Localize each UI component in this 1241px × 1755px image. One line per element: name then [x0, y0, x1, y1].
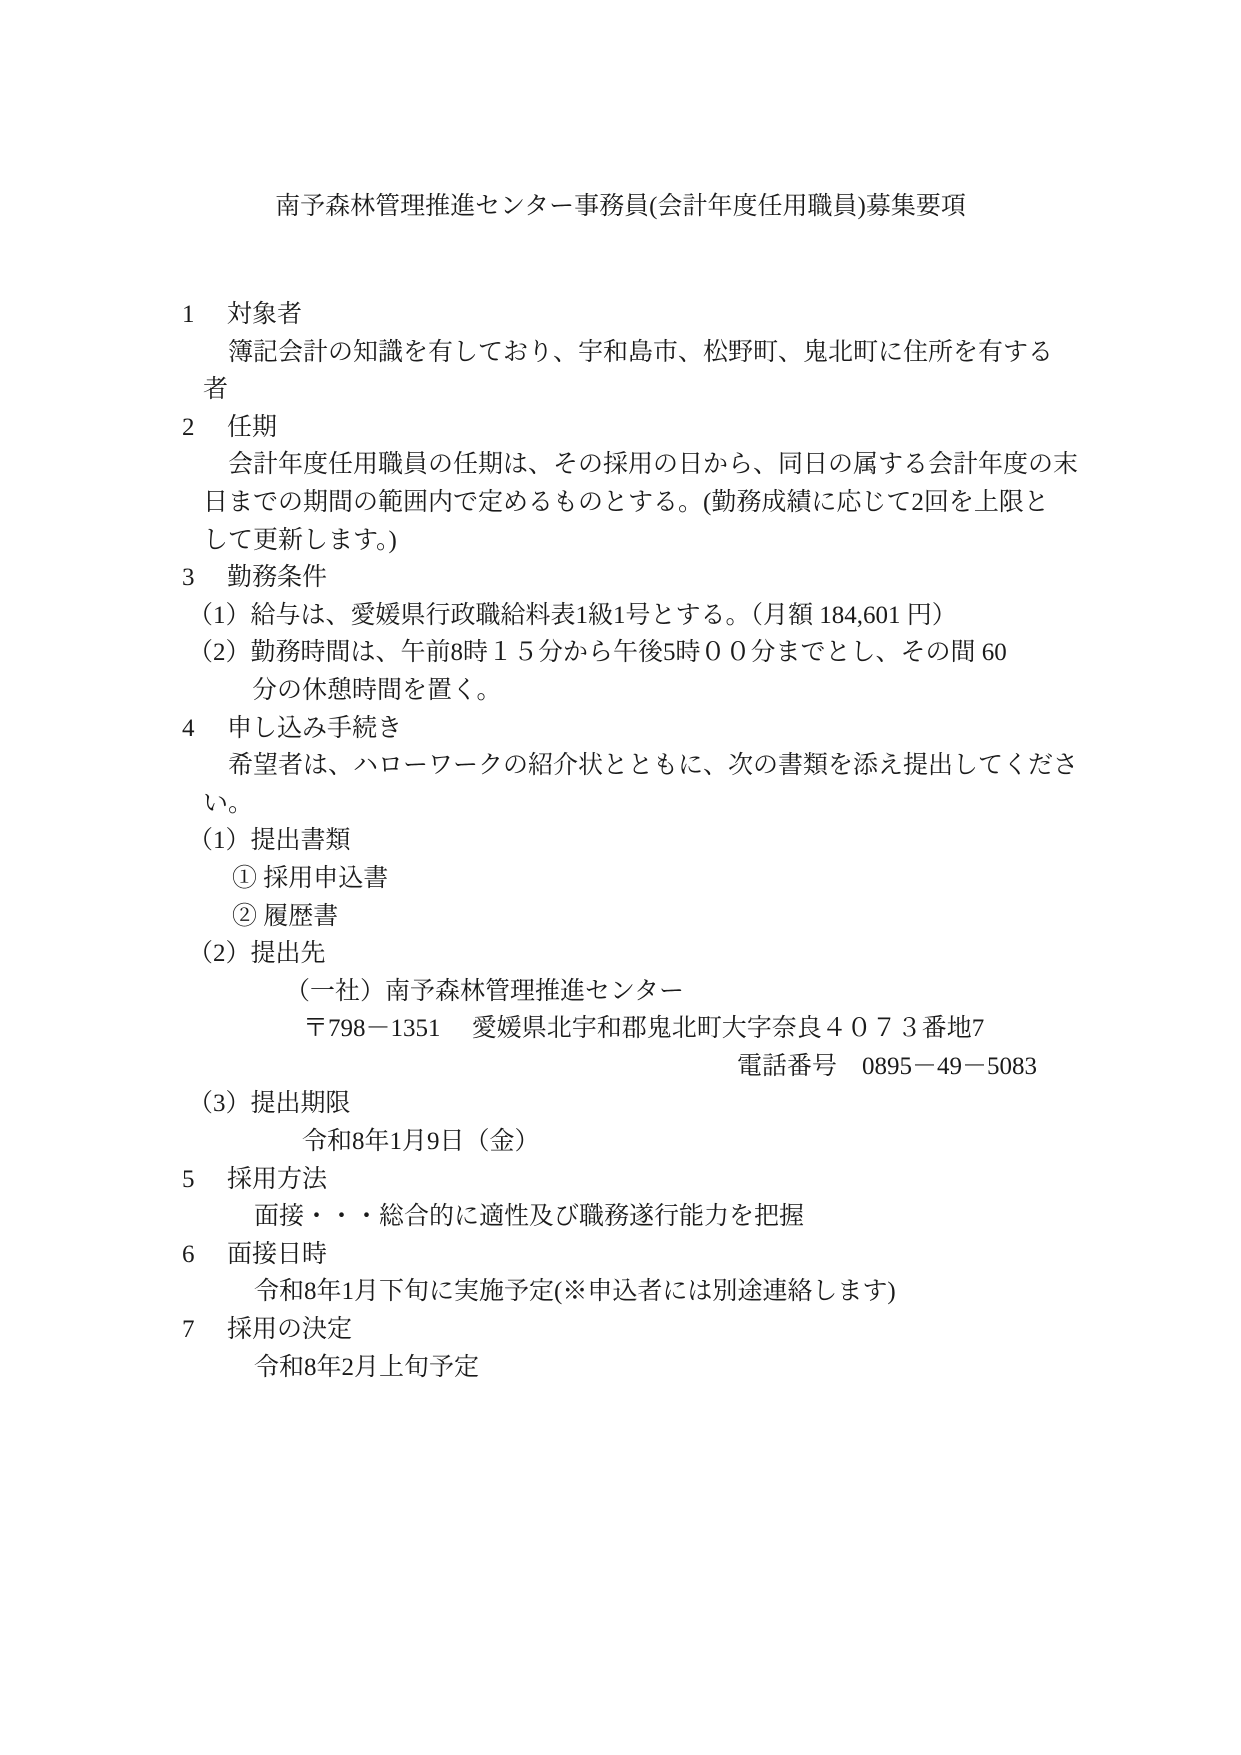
section-4-item-2-address: 〒798－1351 愛媛県北宇和郡鬼北町大字奈良４０７３番地7: [0, 1010, 1241, 1048]
section-2-heading-line: 2任期: [0, 409, 1241, 447]
section-2-body-line-2: 日までの期間の範囲内で定めるものとする。(勤務成績に応じて2回を上限と: [0, 484, 1241, 522]
section-1-body-line-1: 簿記会計の知識を有しており、宇和島市、松野町、鬼北町に住所を有する: [0, 334, 1241, 372]
section-5-heading: 採用方法: [227, 1166, 327, 1193]
document-body: 南予森林管理推進センター事務員(会計年度任用職員)募集要項 1対象者 簿記会計の…: [0, 0, 1241, 1386]
section-7-heading: 採用の決定: [227, 1316, 352, 1343]
section-4-item-2-organization: （一社）南予森林管理推進センター: [0, 973, 1241, 1011]
document-page: 南予森林管理推進センター事務員(会計年度任用職員)募集要項 1対象者 簿記会計の…: [0, 0, 1241, 1755]
section-6-heading-line: 6面接日時: [0, 1236, 1241, 1274]
section-1-heading: 対象者: [227, 301, 302, 328]
section-4-item-1-doc-2: ② 履歴書: [0, 898, 1241, 936]
section-4-body-line-1: 希望者は、ハローワークの紹介状とともに、次の書類を添え提出してくださ: [0, 747, 1241, 785]
section-3-item-2-line-2: 分の休憩時間を置く。: [0, 672, 1241, 710]
section-7-body-line-1: 令和8年2月上旬予定: [0, 1349, 1241, 1387]
section-4-item-2: （2）提出先: [0, 935, 1241, 973]
section-6-number: 6: [182, 1236, 227, 1274]
section-5-body-line-1: 面接・・・総合的に適性及び職務遂行能力を把握: [0, 1198, 1241, 1236]
section-1-number: 1: [182, 296, 227, 334]
section-4-heading-line: 4申し込み手続き: [0, 710, 1241, 748]
section-4-number: 4: [182, 710, 227, 748]
section-4-item-3: （3）提出期限: [0, 1085, 1241, 1123]
section-3-item-2-line-1: （2）勤務時間は、午前8時１５分から午後5時００分までとし、その間 60: [0, 634, 1241, 672]
section-4-item-1-doc-1: ① 採用申込書: [0, 860, 1241, 898]
section-2-heading: 任期: [227, 414, 277, 441]
section-3-number: 3: [182, 559, 227, 597]
section-5-heading-line: 5採用方法: [0, 1161, 1241, 1199]
section-2-number: 2: [182, 409, 227, 447]
section-4-item-3-deadline: 令和8年1月9日（金）: [0, 1123, 1241, 1161]
section-6-heading: 面接日時: [227, 1241, 327, 1268]
section-1-body-line-2: 者: [0, 371, 1241, 409]
section-7-number: 7: [182, 1311, 227, 1349]
section-3-heading-line: 3勤務条件: [0, 559, 1241, 597]
section-4-heading: 申し込み手続き: [227, 715, 402, 742]
section-6-body-line-1: 令和8年1月下旬に実施予定(※申込者には別途連絡します): [0, 1273, 1241, 1311]
section-1-heading-line: 1対象者: [0, 296, 1241, 334]
section-5-number: 5: [182, 1161, 227, 1199]
section-7-heading-line: 7採用の決定: [0, 1311, 1241, 1349]
section-2-body-line-1: 会計年度任用職員の任期は、その採用の日から、同日の属する会計年度の末: [0, 446, 1241, 484]
section-2-body-line-3: して更新します。): [0, 522, 1241, 560]
section-4-item-2-phone: 電話番号 0895－49－5083: [0, 1048, 1241, 1086]
document-title: 南予森林管理推進センター事務員(会計年度任用職員)募集要項: [0, 188, 1241, 226]
section-3-heading: 勤務条件: [227, 564, 327, 591]
section-4-body-line-2: い。: [0, 785, 1241, 823]
title-gap: [0, 226, 1241, 296]
section-4-item-1: （1）提出書類: [0, 822, 1241, 860]
section-3-item-1: （1）給与は、愛媛県行政職給料表1級1号とする。（月額 184,601 円）: [0, 597, 1241, 635]
